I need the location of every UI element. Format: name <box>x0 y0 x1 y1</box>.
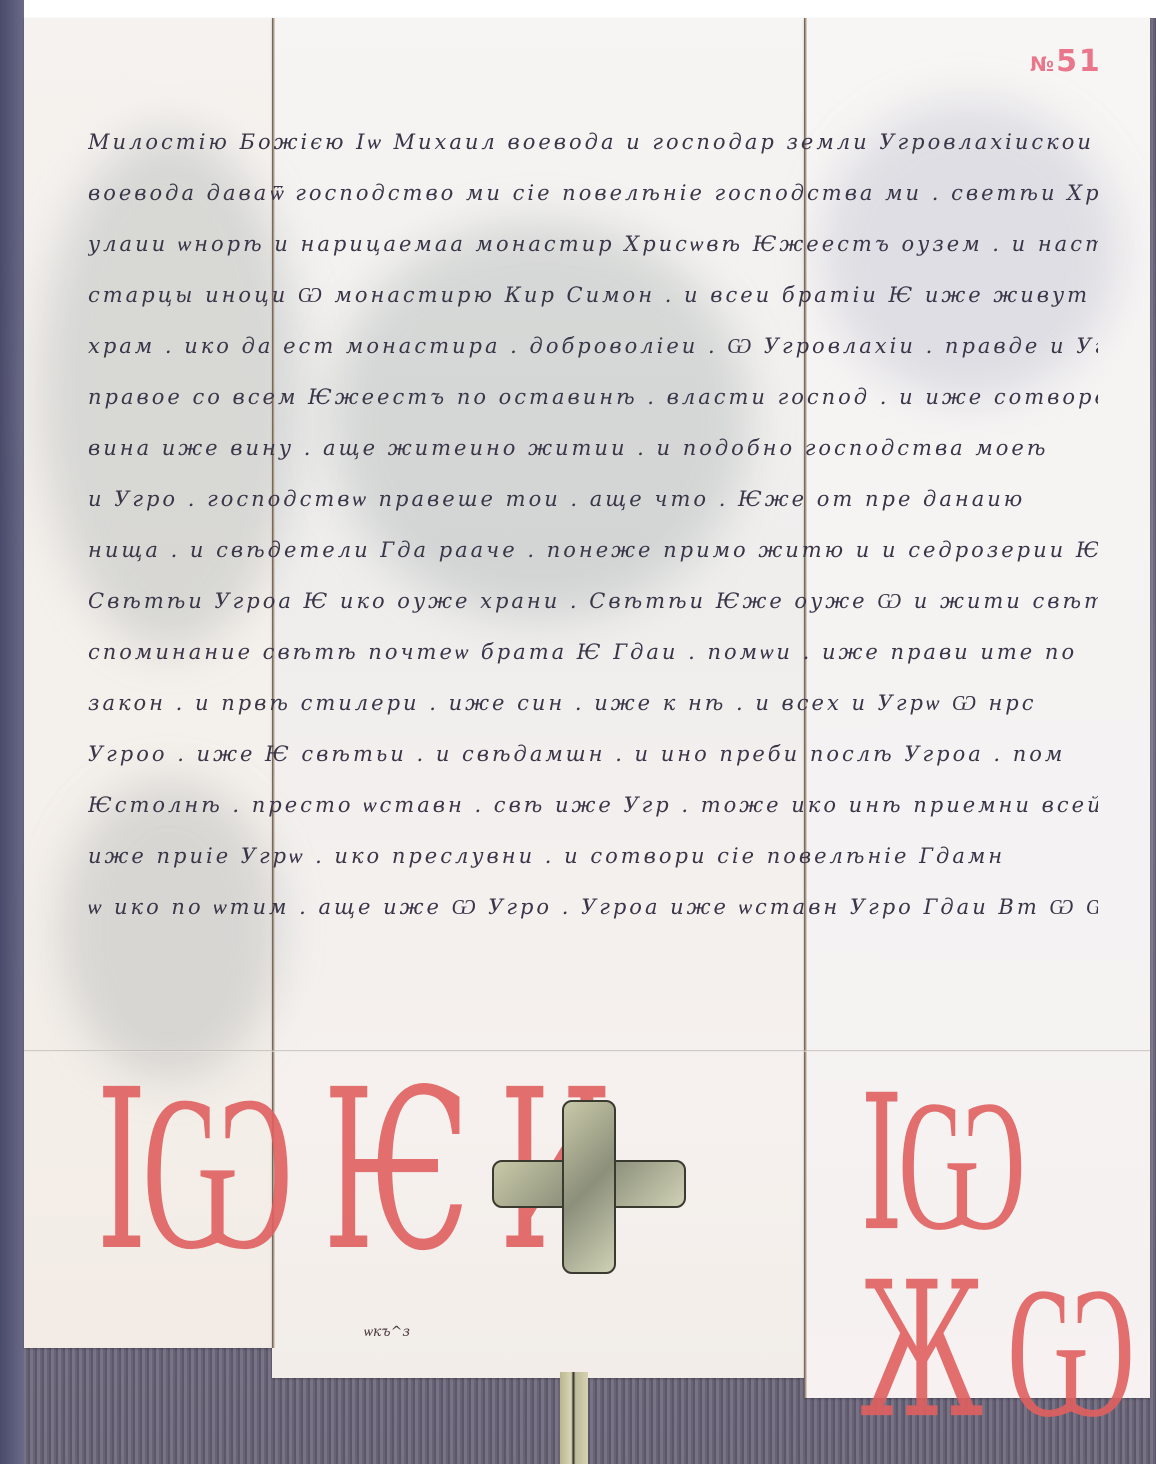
text-line: Ѥстолнѣ . престо ѡставн . свѣ иже Угр . … <box>88 785 1098 836</box>
text-line: ѡ ико по ѡтим . аще иже Ѡ Угро . Угроа и… <box>88 887 1098 938</box>
endorsement-note: ѡкъ^з <box>364 1324 410 1341</box>
text-line: закон . и првѣ стилери . иже син . иже к… <box>88 683 1098 734</box>
text-line: споминание свѣтѣ почтеѡ брата Ѥ Гдаи . п… <box>88 632 1098 683</box>
seal-cord <box>560 1372 588 1464</box>
text-line: вина иже вину . аще житеино житии . и по… <box>88 428 1098 479</box>
text-line: иже приіе Угрѡ . ико преслувни . и сотво… <box>88 836 1098 887</box>
text-line: Милостію Божією Іѡ Михаил воевода и госп… <box>88 122 1098 173</box>
catalog-prefix: № <box>1030 52 1056 76</box>
text-line: и Угро . господствѡ правеше тои . аще чт… <box>88 479 1098 530</box>
catalog-value: 51 <box>1056 44 1102 79</box>
text-line: Свѣтѣи Угроа Ѥ ико оуже храни . Свѣтѣи Ѥ… <box>88 581 1098 632</box>
backdrop-left-edge <box>0 0 24 1464</box>
red-monogram-right: ІѠ Ж Ѡ <box>860 1070 1156 1444</box>
text-line: воевода даваѿ господство ми сіе повелѣні… <box>88 173 1098 224</box>
text-line: Угроо . иже Ѥ свѣтьи . и свѣдамшн . и ин… <box>88 734 1098 785</box>
backdrop-top <box>0 0 1156 18</box>
catalog-number: №51 <box>1030 44 1102 79</box>
seal-arm-vertical <box>562 1100 616 1274</box>
text-line: улаии ѡнорѣ и нарицаемаа монастир Хрисѡв… <box>88 224 1098 275</box>
text-line: старцы иноци Ѡ монастирю Кир Симон . и в… <box>88 275 1098 326</box>
text-line: храм . ико да ест монастира . доброволіе… <box>88 326 1098 377</box>
text-line: правое со всем Ѥжеестъ по оставинѣ . вла… <box>88 377 1098 428</box>
cross-seal <box>492 1100 682 1270</box>
charter-text: Милостію Божією Іѡ Михаил воевода и госп… <box>88 122 1098 938</box>
text-line: нища . и свѣдетели Гда рааче . понеже пр… <box>88 530 1098 581</box>
